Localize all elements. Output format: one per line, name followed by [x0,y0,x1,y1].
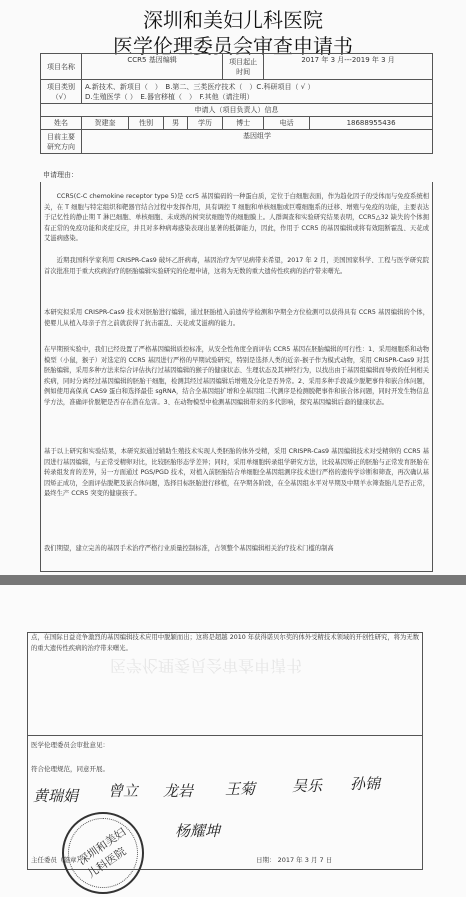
phone-value: 18688955436 [310,117,433,130]
reason-paragraph-1: CCR5(C-C chemokine receptor type 5)是 ccr… [44,192,429,245]
reason-label: 申请理由： [43,170,78,180]
education-value: 博士 [223,117,264,130]
gender-value: 男 [164,117,188,130]
application-form-table: 项目名称 CCR5 基因编辑 项目起止时间 2017 年 3 月---2019 … [40,53,433,154]
signature-7: 杨耀坤 [175,820,220,841]
education-label: 学历 [187,117,222,130]
name-label: 姓名 [41,117,82,130]
reason-paragraph-6: 我们期望，建立完善的基因手术治疗严格行业质量控制标准，占领整个基因编辑相关治疗技… [44,544,429,555]
phone-label: 电话 [264,117,310,130]
category-line-1: A.新技术、新项目（ ） B.第二、三类医疗技术（ ）C.科研项目（ √ ） [85,82,429,92]
reason-paragraph-2: 近期我国科学家利用 CRISPR-Cas9 破坏乙肝病毒，基因治疗为罕见病带来希… [44,256,429,277]
name-value: 贺建奎 [82,117,129,130]
signature-5: 吴乐 [292,775,322,796]
reason-paragraph-4: 在早期预实验中，我们已经设置了严格基因编辑质控标准，从安全性角度全面评估 CCR… [44,345,429,409]
signature-1: 黄瑞娟 [33,785,78,806]
continued-text: 点，在国际日益竞争激烈的基因编辑技术应用中脱颖而出；这将是超越 2010 年获得… [31,633,419,654]
category-line-2: D.生殖医学（ ） E.器官移植（ ） F.其他（请注明） [85,92,429,102]
category-label: 项目类别（√） [41,80,82,104]
category-options: A.新技术、新项目（ ） B.第二、三类医疗技术（ ）C.科研项目（ √ ） D… [82,80,433,104]
section-divider [27,735,423,736]
director-label: 主任委员（签章）： [31,855,86,864]
applicant-header: 申请人（项目负责人）信息 [41,104,433,117]
period-label: 项目起止时间 [223,54,264,80]
project-name-label: 项目名称 [41,54,82,80]
reason-paragraph-5: 基于以上研究和实验结果，本研究拟通过辅助生殖技术实现人类胚胎的体外受精，采用 C… [44,447,429,500]
hospital-seal: 深圳和美妇儿科医院 [62,812,144,894]
period-value: 2017 年 3 月---2019 年 3 月 [264,54,433,80]
opinion-text: 符合伦理规范，同意开展。 [31,764,109,773]
reason-paragraph-3: 本研究拟采用 CRISPR-Cas9 技术对胚胎进行编辑，通过胚胎植入前遗传学检… [44,308,429,329]
approval-date: 日期： 2017 年 3 月 7 日 [256,855,332,864]
research-value: 基因组学 [82,130,433,154]
signature-3: 龙岩 [163,780,193,801]
signature-2: 曾立 [108,780,138,801]
opinion-label: 医学伦理委员会审批意见： [31,740,109,749]
signature-4: 王菊 [225,778,255,799]
research-label: 目前主要研究方向 [41,130,82,154]
hospital-name: 深圳和美妇儿科医院 [0,4,466,33]
project-name-value: CCR5 基因编辑 [82,54,223,80]
gender-label: 性别 [129,117,164,130]
signature-6: 孙锦 [350,773,380,794]
page-divider [0,575,466,585]
